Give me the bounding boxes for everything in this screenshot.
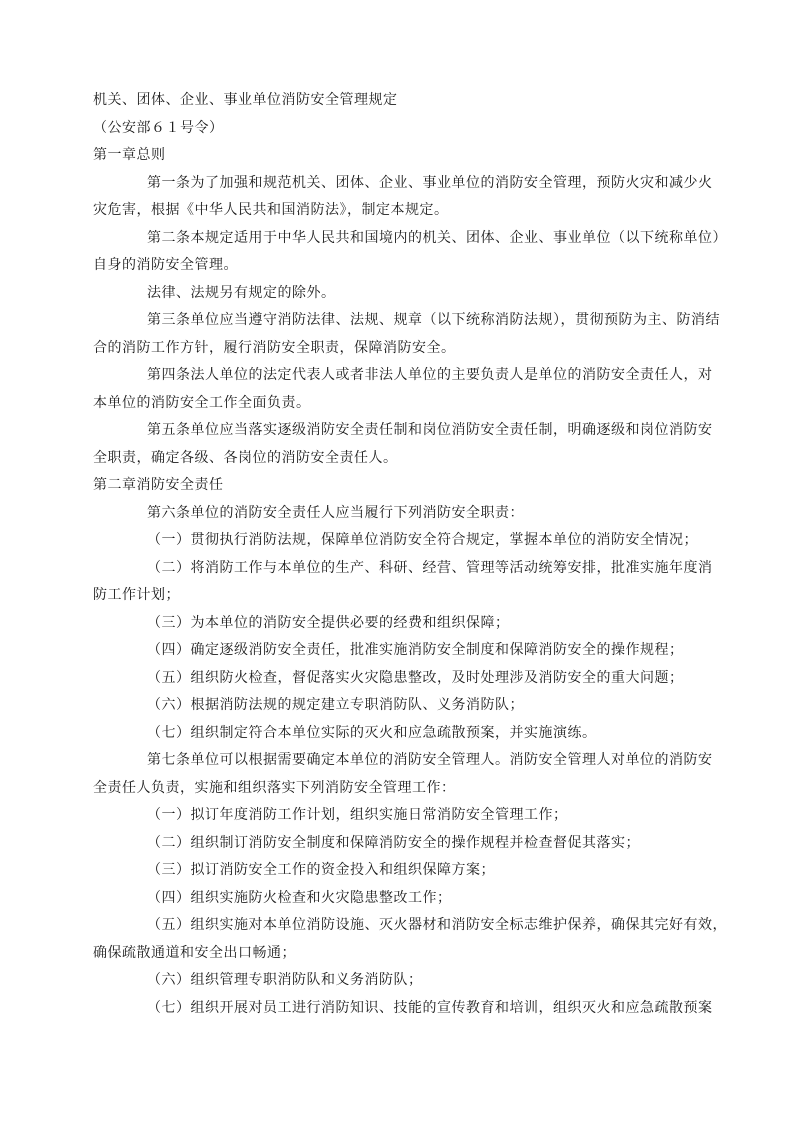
paragraph-line: 第六条单位的消防安全责任人应当履行下列消防安全职责： (93, 500, 707, 528)
decree-number: （公安部６１号令） (93, 115, 707, 143)
list-item-line: 确保疏散通道和安全出口畅通； (93, 940, 707, 968)
paragraph-line: 自身的消防安全管理。 (93, 252, 707, 280)
list-item-line: （五）组织防火检查，督促落实火灾隐患整改，及时处理涉及消防安全的重大问题； (93, 665, 707, 693)
list-item-line: （四）组织实施防火检查和火灾隐患整改工作； (93, 885, 707, 913)
paragraph-line: 第七条单位可以根据需要确定本单位的消防安全管理人。消防安全管理人对单位的消防安 (93, 747, 707, 775)
paragraph-line: 合的消防工作方针，履行消防安全职责，保障消防安全。 (93, 335, 707, 363)
paragraph-line: 法律、法规另有规定的除外。 (93, 280, 707, 308)
list-item-line: （六）根据消防法规的规定建立专职消防队、义务消防队； (93, 692, 707, 720)
list-item-line: （七）组织开展对员工进行消防知识、技能的宣传教育和培训，组织灭火和应急疏散预案 (93, 995, 707, 1023)
paragraph-line: 第五条单位应当落实逐级消防安全责任制和岗位消防安全责任制，明确逐级和岗位消防安 (93, 417, 707, 445)
list-item-line: 防工作计划； (93, 582, 707, 610)
list-item-line: （七）组织制定符合本单位实际的灭火和应急疏散预案，并实施演练。 (93, 720, 707, 748)
list-item-line: （二）将消防工作与本单位的生产、科研、经营、管理等活动统筹安排，批准实施年度消 (93, 555, 707, 583)
chapter-heading: 第二章消防安全责任 (93, 472, 707, 500)
paragraph-line: 第四条法人单位的法定代表人或者非法人单位的主要负责人是单位的消防安全责任人，对 (93, 362, 707, 390)
list-item-line: （六）组织管理专职消防队和义务消防队； (93, 967, 707, 995)
list-item-line: （二）组织制订消防安全制度和保障消防安全的操作规程并检查督促其落实； (93, 830, 707, 858)
list-item-line: （三）拟订消防安全工作的资金投入和组织保障方案； (93, 857, 707, 885)
list-item-line: （五）组织实施对本单位消防设施、灭火器材和消防安全标志维护保养，确保其完好有效， (93, 912, 707, 940)
paragraph-line: 全职责，确定各级、各岗位的消防安全责任人。 (93, 445, 707, 473)
list-item-line: （一）拟订年度消防工作计划，组织实施日常消防安全管理工作； (93, 802, 707, 830)
paragraph-line: 第三条单位应当遵守消防法律、法规、规章（以下统称消防法规），贯彻预防为主、防消结 (93, 307, 707, 335)
document-title: 机关、团体、企业、事业单位消防安全管理规定 (93, 87, 707, 115)
list-item-line: （一）贯彻执行消防法规，保障单位消防安全符合规定，掌握本单位的消防安全情况； (93, 527, 707, 555)
paragraph-line: 灾危害，根据《中华人民共和国消防法》，制定本规定。 (93, 197, 707, 225)
list-item-line: （三）为本单位的消防安全提供必要的经费和组织保障； (93, 610, 707, 638)
chapter-heading: 第一章总则 (93, 142, 707, 170)
paragraph-line: 全责任人负责，实施和组织落实下列消防安全管理工作： (93, 775, 707, 803)
paragraph-line: 第一条为了加强和规范机关、团体、企业、事业单位的消防安全管理，预防火灾和减少火 (93, 170, 707, 198)
document-page: 机关、团体、企业、事业单位消防安全管理规定（公安部６１号令）第一章总则第一条为了… (0, 0, 793, 1122)
list-item-line: （四）确定逐级消防安全责任，批准实施消防安全制度和保障消防安全的操作规程； (93, 637, 707, 665)
document-body: 机关、团体、企业、事业单位消防安全管理规定（公安部６１号令）第一章总则第一条为了… (93, 87, 707, 1022)
paragraph-line: 本单位的消防安全工作全面负责。 (93, 390, 707, 418)
paragraph-line: 第二条本规定适用于中华人民共和国境内的机关、团体、企业、事业单位（以下统称单位） (93, 225, 707, 253)
